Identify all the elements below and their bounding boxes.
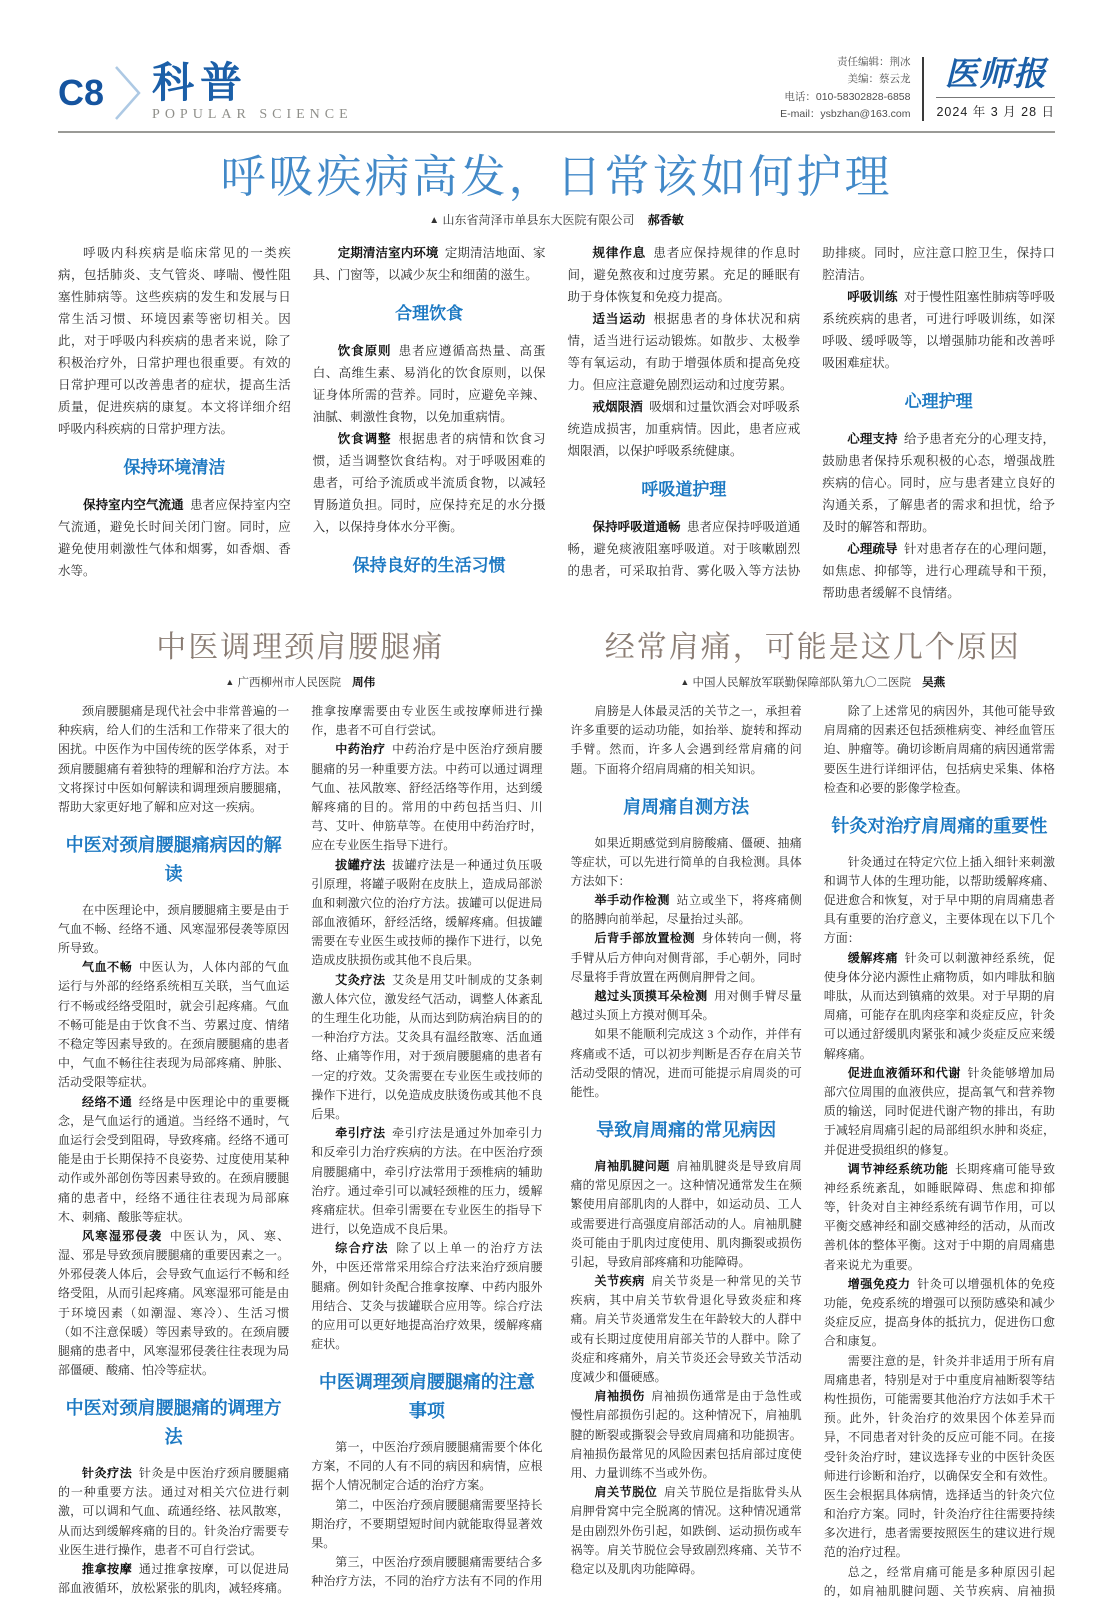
triangle-marker-icon: ▲ [680, 677, 689, 687]
paragraph: 促进血液循环和代谢 针灸能够增加局部穴位周围的血液供应，提高氧气和营养物质的输送… [824, 1064, 1055, 1160]
article-shoulder-pain-causes: 经常肩痛，可能是这几个原因 ▲ 中国人民解放军联勤保障部队第九〇二医院 吴燕 肩… [571, 630, 1056, 1600]
article-body: 肩膀是人体最灵活的关节之一，承担着许多重要的运动功能，如抬举、旋转和挥动手臂。然… [571, 702, 1056, 1600]
section-heading: 导致肩周痛的常见病因 [571, 1116, 802, 1145]
article-byline: ▲ 中国人民解放军联勤保障部队第九〇二医院 吴燕 [571, 674, 1056, 690]
paragraph: 颈肩腰腿痛是现代社会中非常普遍的一种疾病，给人们的生活和工作带来了很大的困扰。中… [58, 702, 289, 817]
section-heading: 心理护理 [822, 387, 1055, 417]
bottom-section: 中医调理颈肩腰腿痛 ▲ 广西柳州市人民医院 周伟 颈肩腰腿痛是现代社会中非常普遍… [58, 630, 1055, 1600]
paragraph: 如果近期感觉到肩膀酸痛、僵硬、抽痛等症状，可以先进行简单的自我检测。具体方法如下… [571, 834, 802, 892]
paragraph: 增强免疫力 针灸可以增强机体的免疫功能，免疫系统的增强可以预防感染和减少炎症反应… [824, 1275, 1055, 1352]
byline-author: 吴燕 [922, 677, 945, 689]
paragraph-lead: 针灸疗法 [82, 1466, 132, 1480]
section-heading: 保持环境清洁 [58, 453, 291, 483]
paragraph: 艾灸疗法 艾灸是用艾叶制成的艾条刺激人体穴位，激发经气活动，调整人体紊乱的生理生… [311, 971, 542, 1125]
paragraph: 综合疗法 除了以上单一的治疗方法外，中医还常常采用综合疗法来治疗颈肩腰腿痛。例如… [311, 1239, 542, 1354]
paragraph: 需要注意的是，针灸并非适用于所有肩周痛患者，特别是对于中重度肩袖断裂等结构性损伤… [824, 1352, 1055, 1563]
paragraph: 保持室内空气流通 患者应保持室内空气流通，避免长时间关闭门窗。同时，应避免使用刺… [58, 494, 291, 582]
paragraph: 牵引疗法 牵引疗法是通过外加牵引力和反牵引力治疗疾病的方法。在中医治疗颈肩腰腿痛… [311, 1124, 542, 1239]
paragraph: 肩关节脱位 肩关节脱位是指肱骨头从肩胛骨窝中完全脱离的情况。这种情况通常是由剧烈… [571, 1483, 802, 1579]
byline-author: 周伟 [352, 677, 375, 689]
art-editor-line: 美编：蔡云龙 [780, 71, 910, 88]
triangle-marker-icon: ▲ [225, 677, 234, 687]
paragraph-lead: 调节神经系统功能 [848, 1162, 949, 1176]
paragraph-lead: 保持呼吸道通畅 [593, 520, 681, 534]
header-divider [922, 57, 924, 121]
byline-organization: 中国人民解放军联勤保障部队第九〇二医院 [692, 677, 911, 689]
paragraph-lead: 关节疾病 [595, 1274, 645, 1288]
paragraph: 经络不通 经络是中医理论中的重要概念，是气血运行的通道。当经络不通时，气血运行会… [58, 1093, 289, 1227]
paragraph: 适当运动 根据患者的身体状况和病情，适当进行运动锻炼。如散步、太极拳等有氧运动，… [568, 308, 801, 396]
paragraph-lead: 风寒湿邪侵袭 [82, 1229, 163, 1243]
paragraph: 中药治疗 中药治疗是中医治疗颈肩腰腿痛的另一种重要方法。中药可以通过调理气血、祛… [311, 740, 542, 855]
paragraph: 饮食调整 根据患者的病情和饮食习惯，适当调整饮食结构。对于呼吸困难的患者，可给予… [313, 428, 546, 538]
paragraph-lead: 戒烟限酒 [593, 400, 643, 414]
section-heading: 针灸对治疗肩周痛的重要性 [824, 812, 1055, 841]
paragraph-lead: 中药治疗 [335, 742, 385, 756]
editorial-info: 责任编辑：荆冰 美编：蔡云龙 电话：010-58302828-6858 E-ma… [780, 54, 910, 123]
lead-article-byline: ▲ 山东省菏泽市单县东大医院有限公司 郝香敏 [0, 211, 1113, 228]
section-name-cn: 科普 [152, 62, 353, 104]
paragraph-lead: 越过头顶摸耳朵检测 [595, 989, 708, 1003]
paragraph-lead: 心理支持 [847, 432, 897, 446]
chevron-right-icon [114, 64, 142, 122]
newspaper-page: C8 科普 POPULAR SCIENCE 责任编辑：荆冰 美编：蔡云龙 电话：… [0, 0, 1113, 1600]
paragraph: 如果不能顺利完成这 3 个动作，并伴有疼痛或不适，可以初步判断是否存在肩关节活动… [571, 1025, 802, 1102]
paragraph: 后背手部放置检测 身体转向一侧，将手臂从后方伸向对侧背部，手心朝外，同时尽量将手… [571, 929, 802, 987]
lead-article-title: 呼吸疾病高发，日常该如何护理 [58, 151, 1055, 203]
paragraph: 肩膀是人体最灵活的关节之一，承担着许多重要的运动功能，如抬举、旋转和挥动手臂。然… [571, 702, 802, 779]
paragraph-lead: 定期清洁室内环境 [338, 246, 439, 260]
paragraph-lead: 增强免疫力 [848, 1277, 911, 1291]
paragraph-lead: 心理疏导 [847, 542, 897, 556]
lead-article-body: 呼吸内科疾病是临床常见的一类疾病，包括肺炎、支气管炎、哮喘、慢性阻塞性肺病等。这… [58, 242, 1055, 614]
paragraph: 第一，中医治疗颈肩腰腿痛需要个体化方案，不同的人有不同的病因和病情，应根据个人情… [311, 1438, 542, 1496]
paragraph-lead: 艾灸疗法 [335, 973, 385, 987]
paragraph: 心理支持 给予患者充分的心理支持，鼓励患者保持乐观积极的心态，增强战胜疾病的信心… [822, 428, 1055, 538]
paragraph: 饮食原则 患者应遵循高热量、高蛋白、高维生素、易消化的饮食原则，以保证身体所需的… [313, 340, 546, 428]
page-header: C8 科普 POPULAR SCIENCE 责任编辑：荆冰 美编：蔡云龙 电话：… [58, 54, 1055, 133]
paragraph: 关节疾病 肩关节炎是一种常见的关节疾病，其中肩关节软骨退化导致炎症和疼痛。肩关节… [571, 1272, 802, 1387]
paragraph: 在中医理论中，颈肩腰腿痛主要是由于气血不畅、经络不通、风寒湿邪侵袭等原因所导致。 [58, 901, 289, 959]
section-heading: 合理饮食 [313, 299, 546, 329]
section-heading: 中医对颈肩腰腿痛病因的解读 [58, 831, 289, 889]
paragraph: 戒烟限酒 吸烟和过量饮酒会对呼吸系统造成损害，加重病情。因此，患者应戒烟限酒，以… [568, 396, 801, 462]
paragraph: 规律作息 患者应保持规律的作息时间，避免熬夜和过度劳累。充足的睡眠有助于身体恢复… [568, 242, 801, 308]
paragraph-lead: 饮食调整 [338, 432, 392, 446]
paragraph: 气血不畅 中医认为，人体内部的气血运行与外部的经络系统相互关联，当气血运行不畅或… [58, 958, 289, 1092]
triangle-marker-icon: ▲ [429, 215, 439, 226]
phone-line: 电话：010-58302828-6858 [780, 89, 910, 106]
byline-organization: 广西柳州市人民医院 [237, 677, 341, 689]
masthead-logo: 医师报 [945, 57, 1047, 93]
section-banner: C8 科普 POPULAR SCIENCE [58, 62, 353, 123]
article-title: 中医调理颈肩腰腿痛 [58, 630, 543, 666]
paragraph-lead: 呼吸训练 [847, 290, 897, 304]
article-title: 经常肩痛，可能是这几个原因 [571, 630, 1056, 666]
section-heading: 保持良好的生活习惯 [313, 551, 546, 581]
paragraph: 肩袖肌腱问题 肩袖肌腱炎是导致肩周痛的常见原因之一。这种情况通常发生在频繁使用肩… [571, 1157, 802, 1272]
paragraph-lead: 推拿按摩 [82, 1562, 132, 1576]
paragraph-lead: 缓解疼痛 [848, 951, 898, 965]
paragraph-lead: 促进血液循环和代谢 [848, 1066, 961, 1080]
paragraph-lead: 拔罐疗法 [335, 858, 385, 872]
paragraph: 越过头顶摸耳朵检测 用对侧手臂尽量越过头顶上方摸对侧耳朵。 [571, 987, 802, 1025]
issue-date: 2024 年 3 月 28 日 [936, 97, 1055, 120]
paragraph-lead: 后背手部放置检测 [595, 931, 696, 945]
section-heading: 中医调理颈肩腰腿痛的注意事项 [311, 1368, 542, 1426]
masthead-block: 责任编辑：荆冰 美编：蔡云龙 电话：010-58302828-6858 E-ma… [780, 54, 1055, 123]
paragraph: 针灸通过在特定穴位上插入细针来刺激和调节人体的生理功能，以帮助缓解疼痛、促进愈合… [824, 853, 1055, 949]
paragraph-lead: 气血不畅 [82, 960, 132, 974]
paragraph-lead: 规律作息 [593, 246, 647, 260]
paragraph-lead: 经络不通 [82, 1095, 132, 1109]
paragraph-lead: 肩袖损伤 [595, 1389, 645, 1403]
paragraph-lead: 举手动作检测 [595, 893, 670, 907]
byline-author: 郝香敏 [648, 213, 684, 227]
paragraph: 调节神经系统功能 长期疼痛可能导致神经系统紊乱，如睡眠障碍、焦虑和抑郁等，针灸对… [824, 1160, 1055, 1275]
paragraph: 呼吸训练 对于慢性阻塞性肺病等呼吸系统疾病的患者，可进行呼吸训练，如深呼吸、缓呼… [822, 286, 1055, 374]
section-heading: 呼吸道护理 [568, 475, 801, 505]
paragraph: 针灸疗法 针灸是中医治疗颈肩腰腿痛的一种重要方法。通过对相关穴位进行刺激，可以调… [58, 1464, 289, 1560]
article-body: 颈肩腰腿痛是现代社会中非常普遍的一种疾病，给人们的生活和工作带来了很大的困扰。中… [58, 702, 543, 1600]
paragraph: 除了上述常见的病因外，其他可能导致肩周痛的因素还包括颈椎病变、神经血管压迫、肿瘤… [824, 702, 1055, 798]
paragraph: 呼吸内科疾病是临床常见的一类疾病，包括肺炎、支气管炎、哮喘、慢性阻塞性肺病等。这… [58, 242, 291, 440]
page-number: C8 [58, 75, 104, 111]
editor-line: 责任编辑：荆冰 [780, 54, 910, 71]
article-tcm-neck-shoulder: 中医调理颈肩腰腿痛 ▲ 广西柳州市人民医院 周伟 颈肩腰腿痛是现代社会中非常普遍… [58, 630, 543, 1600]
paragraph-lead: 综合疗法 [335, 1241, 389, 1255]
paragraph: 风寒湿邪侵袭 中医认为，风、寒、湿、邪是导致颈肩腰腿痛的重要因素之一。外邪侵袭人… [58, 1227, 289, 1381]
paragraph-lead: 肩袖肌腱问题 [595, 1159, 670, 1173]
article-byline: ▲ 广西柳州市人民医院 周伟 [58, 674, 543, 690]
paragraph-lead: 饮食原则 [338, 344, 392, 358]
paragraph: 拔罐疗法 拔罐疗法是一种通过负压吸引原理，将罐子吸附在皮肤上，造成局部淤血和刺激… [311, 856, 542, 971]
paragraph: 心理疏导 针对患者存在的心理问题，如焦虑、抑郁等，进行心理疏导和干预，帮助患者缓… [822, 538, 1055, 604]
email-line: E-mail：ysbzhan@163.com [780, 106, 910, 123]
paragraph: 肩袖损伤 肩袖损伤通常是由于急性或慢性肩部损伤引起的。这种情况下，肩袖肌腱的断裂… [571, 1387, 802, 1483]
byline-organization: 山东省菏泽市单县东大医院有限公司 [442, 213, 634, 227]
section-heading: 肩周痛自测方法 [571, 793, 802, 822]
paragraph-lead: 牵引疗法 [335, 1126, 385, 1140]
section-name-en: POPULAR SCIENCE [152, 107, 353, 123]
section-heading: 中医对颈肩腰腿痛的调理方法 [58, 1394, 289, 1452]
paragraph: 第二，中医治疗颈肩腰腿痛需要坚持长期治疗，不要期望短时间内就能取得显著效果。 [311, 1496, 542, 1554]
paragraph-lead: 适当运动 [593, 312, 647, 326]
paragraph-lead: 肩关节脱位 [595, 1485, 658, 1499]
paragraph: 缓解疼痛 针灸可以刺激神经系统，促使身体分泌内源性止痛物质，如内啡肽和脑啡肽，从… [824, 949, 1055, 1064]
paragraph: 定期清洁室内环境 定期清洁地面、家具、门窗等，以减少灰尘和细菌的滋生。 [313, 242, 546, 286]
paragraph-lead: 保持室内空气流通 [83, 498, 184, 512]
paragraph: 举手动作检测 站立或坐下，将疼痛侧的胳膊向前举起，尽量抬过头部。 [571, 891, 802, 929]
